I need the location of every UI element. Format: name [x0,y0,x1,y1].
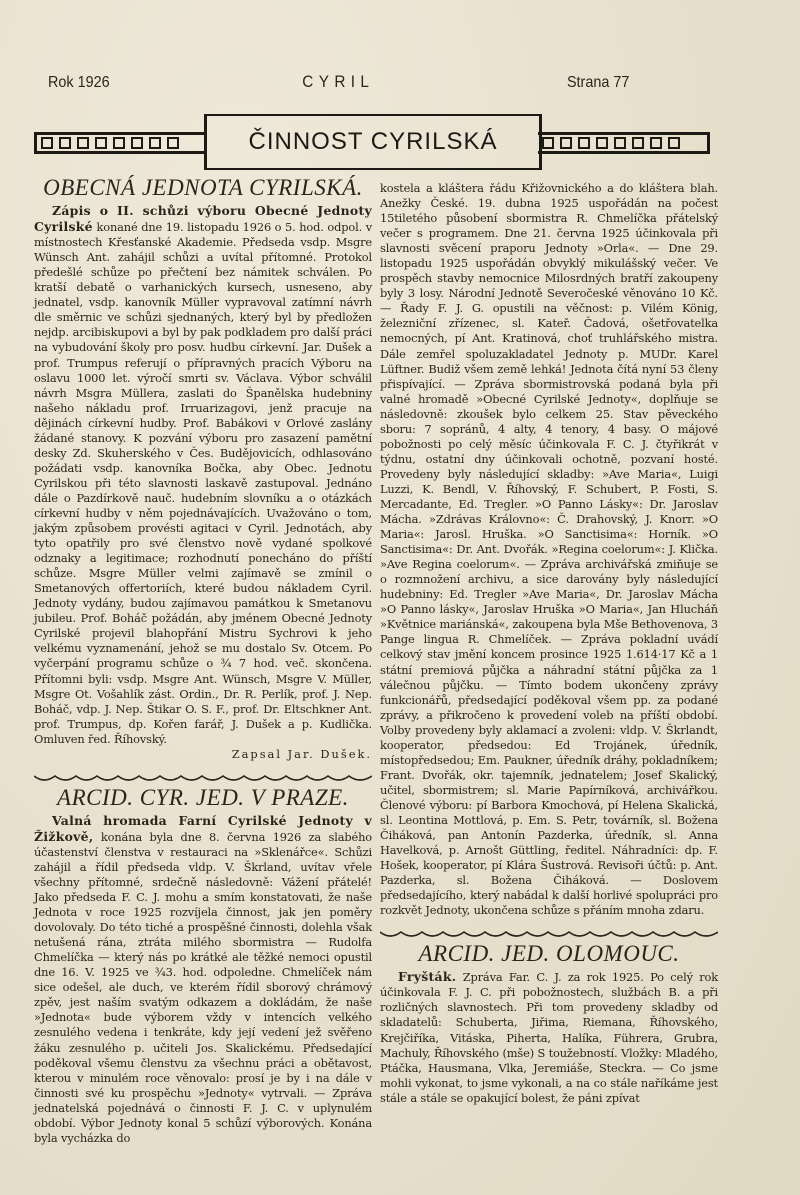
wavy-rule-icon [380,924,718,940]
square-ornament-icon [632,137,644,149]
section-heading-obecna-jednota: OBECNÁ JEDNOTA CYRILSKÁ. [34,180,372,195]
square-ornament-icon [650,137,662,149]
square-ornament-icon [41,137,53,149]
article-lead: Fryšták. [398,969,456,984]
wavy-divider [34,768,372,784]
signature-line: Zapsal Jar. Dušek. [34,747,372,762]
header-year: Rok 1926 [48,74,110,92]
section-heading-olomouc: ARCID. JED. OLOMOUC. [380,946,718,961]
square-ornament-icon [149,137,161,149]
header-journal-title: CYRIL [302,72,374,92]
wavy-rule-icon [34,768,372,784]
square-ornament-icon [668,137,680,149]
square-ornament-icon [614,137,626,149]
section-banner: ČINNOST CYRILSKÁ [30,114,710,170]
square-ornament-icon [596,137,608,149]
right-column: kostela a kláštera řádu Křižovnického a … [380,181,718,1106]
square-ornament-icon [59,137,71,149]
article-valna-hromada: Valná hromada Farní Cyrilské Jednoty v Ž… [34,813,372,1146]
square-ornament-icon [95,137,107,149]
article-zapis: Zápis o II. schůzi výboru Obecné Jednoty… [34,203,372,747]
square-ornament-icon [560,137,572,149]
article-body: konána byla dne 8. června 1926 za slabéh… [34,830,372,1145]
square-ornament-icon [131,137,143,149]
square-ornament-icon [77,137,89,149]
square-ornament-icon [542,137,554,149]
banner-ornament-left [34,132,204,154]
signature: Zapsal Jar. Dušek. [232,747,372,762]
wavy-divider [380,924,718,940]
left-column: OBECNÁ JEDNOTA CYRILSKÁ. Zápis o II. sch… [34,178,372,1146]
section-heading-praha: ARCID. CYR. JED. V PRAZE. [34,790,372,805]
article-body: Zpráva Far. C. J. za rok 1925. Po celý r… [380,970,718,1104]
article-frystak: Fryšták. Zpráva Far. C. J. za rok 1925. … [380,969,718,1105]
banner-title: ČINNOST CYRILSKÁ [204,114,542,170]
square-ornament-icon [113,137,125,149]
article-continuation: kostela a kláštera řádu Křižovnického a … [380,181,718,918]
running-head: Rok 1926 CYRIL Strana 77 [48,72,629,92]
header-page-number: Strana 77 [567,74,629,92]
article-body: konané dne 19. listopadu 1926 o 5. hod. … [34,220,372,746]
square-ornament-icon [578,137,590,149]
square-ornament-icon [167,137,179,149]
banner-ornament-right [538,132,710,154]
